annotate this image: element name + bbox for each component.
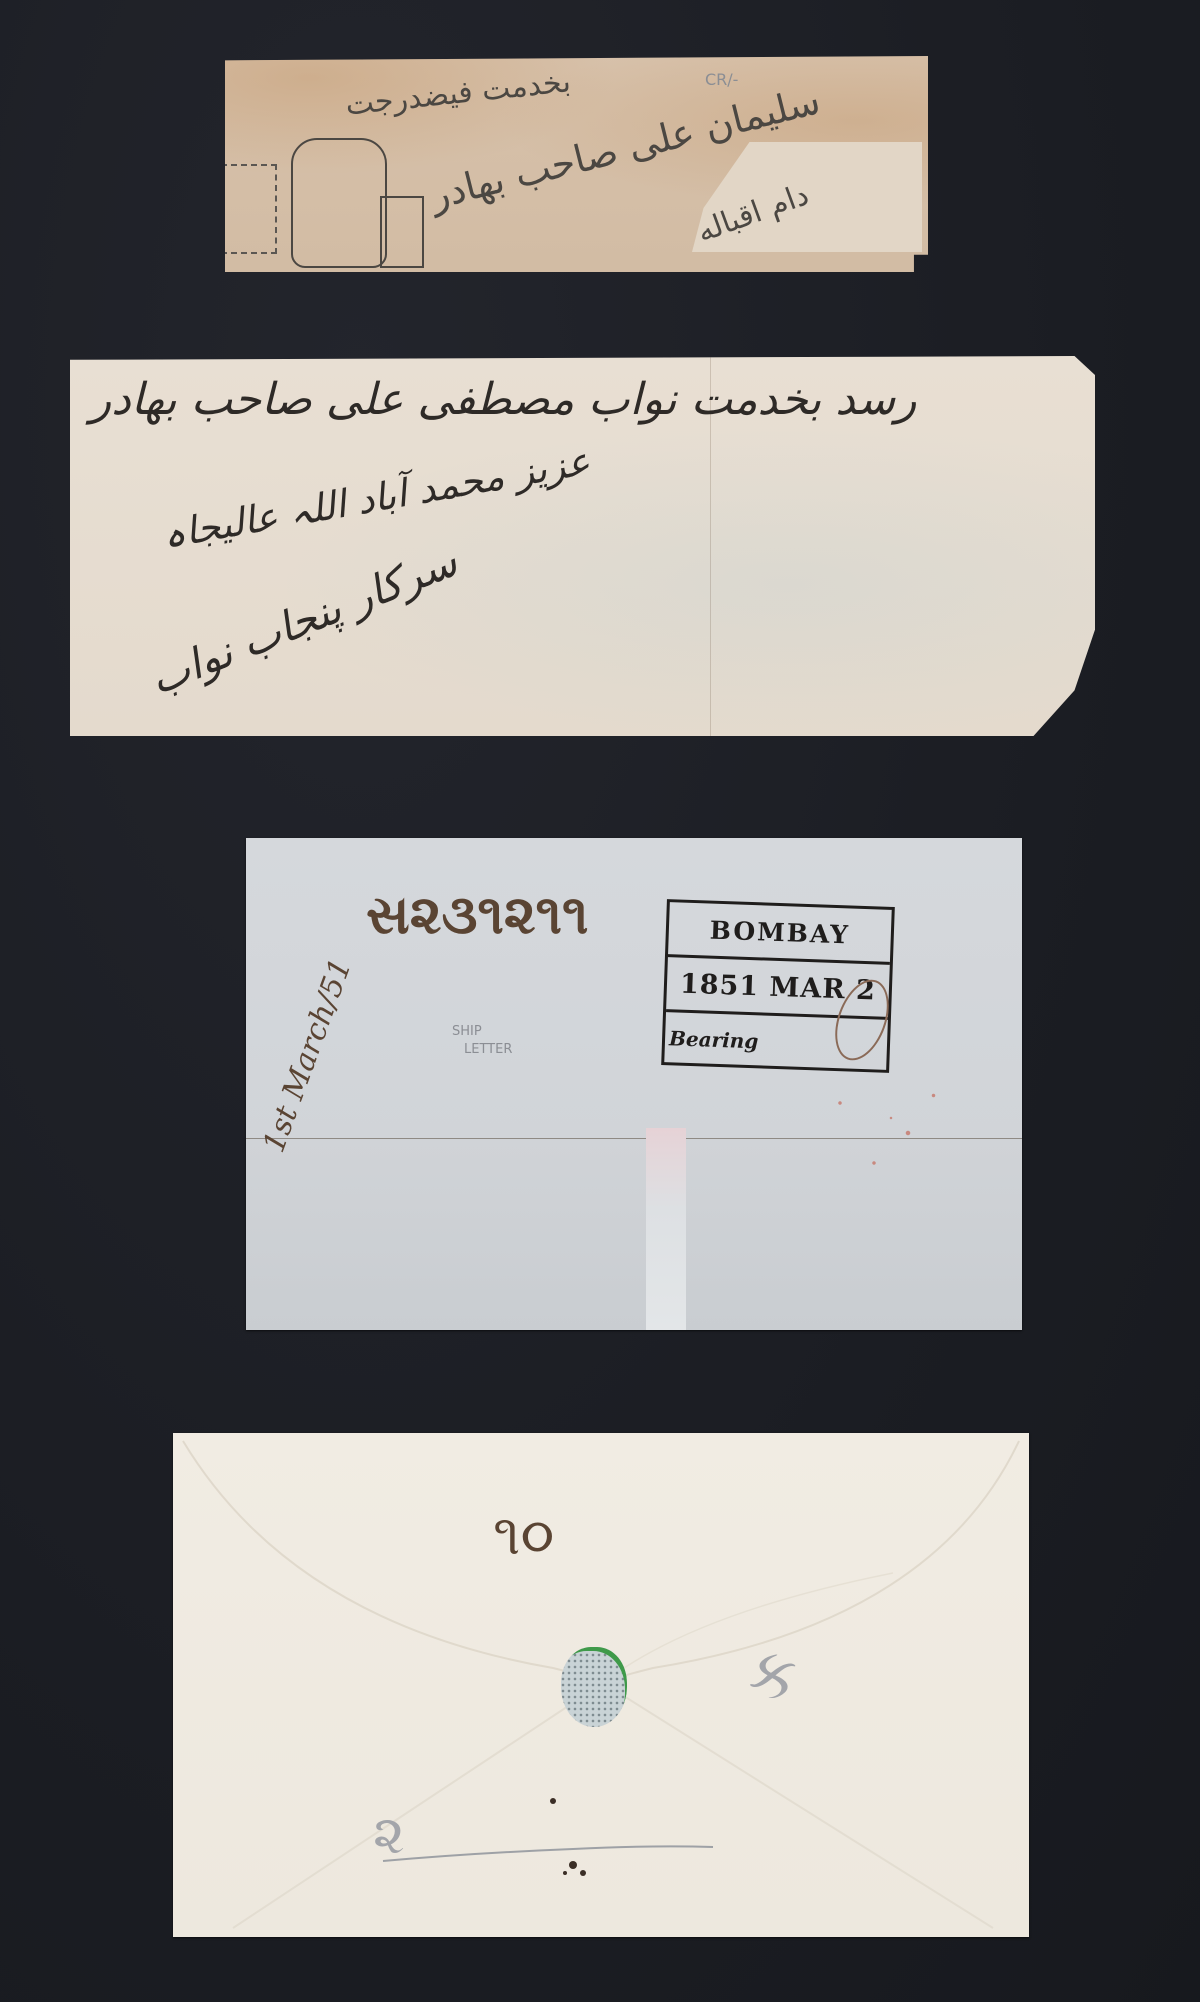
manuscript-line-1: رسد بخدمت نواب مصطفی علی صاحب بهادر: [90, 374, 916, 425]
red-ink-specks: [806, 1058, 976, 1208]
manuscript-address-line-1: بخدمت فیضدرجت: [344, 64, 573, 122]
handstamp-city: BOMBAY: [668, 902, 892, 965]
pencil-note-cr: CR/-: [705, 70, 738, 89]
pencil-underline-stroke: [173, 1433, 1029, 1937]
cover-2-letter-sheet: رسد بخدمت نواب مصطفی علی صاحب بهادر عزیز…: [70, 356, 1095, 736]
fold-line: [710, 356, 711, 736]
pencil-ship-letter-line-2: LETTER: [464, 1042, 512, 1057]
manuscript-date-note: 1st March/51: [256, 954, 358, 1157]
octagonal-handstamp: [291, 138, 387, 268]
cover-4-envelope-back: ૧૦ ક ૨: [173, 1433, 1029, 1937]
manuscript-line-2: عزیز محمد آباد اللہ عالیجاہ: [159, 439, 593, 557]
manuscript-gujarati-numerals: સ૨૩૧૨૧૧: [366, 882, 588, 947]
cover-1-tan-folded-cover: بخدمت فیضدرجت سلیمان علی صاحب بهادر دام …: [225, 56, 928, 272]
cover-3-ship-letter: સ૨૩૧૨૧૧ 1st March/51 SHIP LETTER BOMBAY …: [246, 838, 1022, 1330]
manuscript-line-3: سرکار پنجاب نواب: [143, 537, 464, 705]
pencil-ship-letter-line-1: SHIP: [452, 1024, 482, 1039]
album-page-background: بخدمت فیضدرجت سلیمان علی صاحب بهادر دام …: [0, 0, 1200, 2002]
torn-paper-patch: [692, 142, 922, 252]
seal-tear: [646, 1128, 686, 1330]
boxed-f-handstamp: [380, 196, 424, 268]
partial-boxed-handstamp: [225, 164, 277, 254]
